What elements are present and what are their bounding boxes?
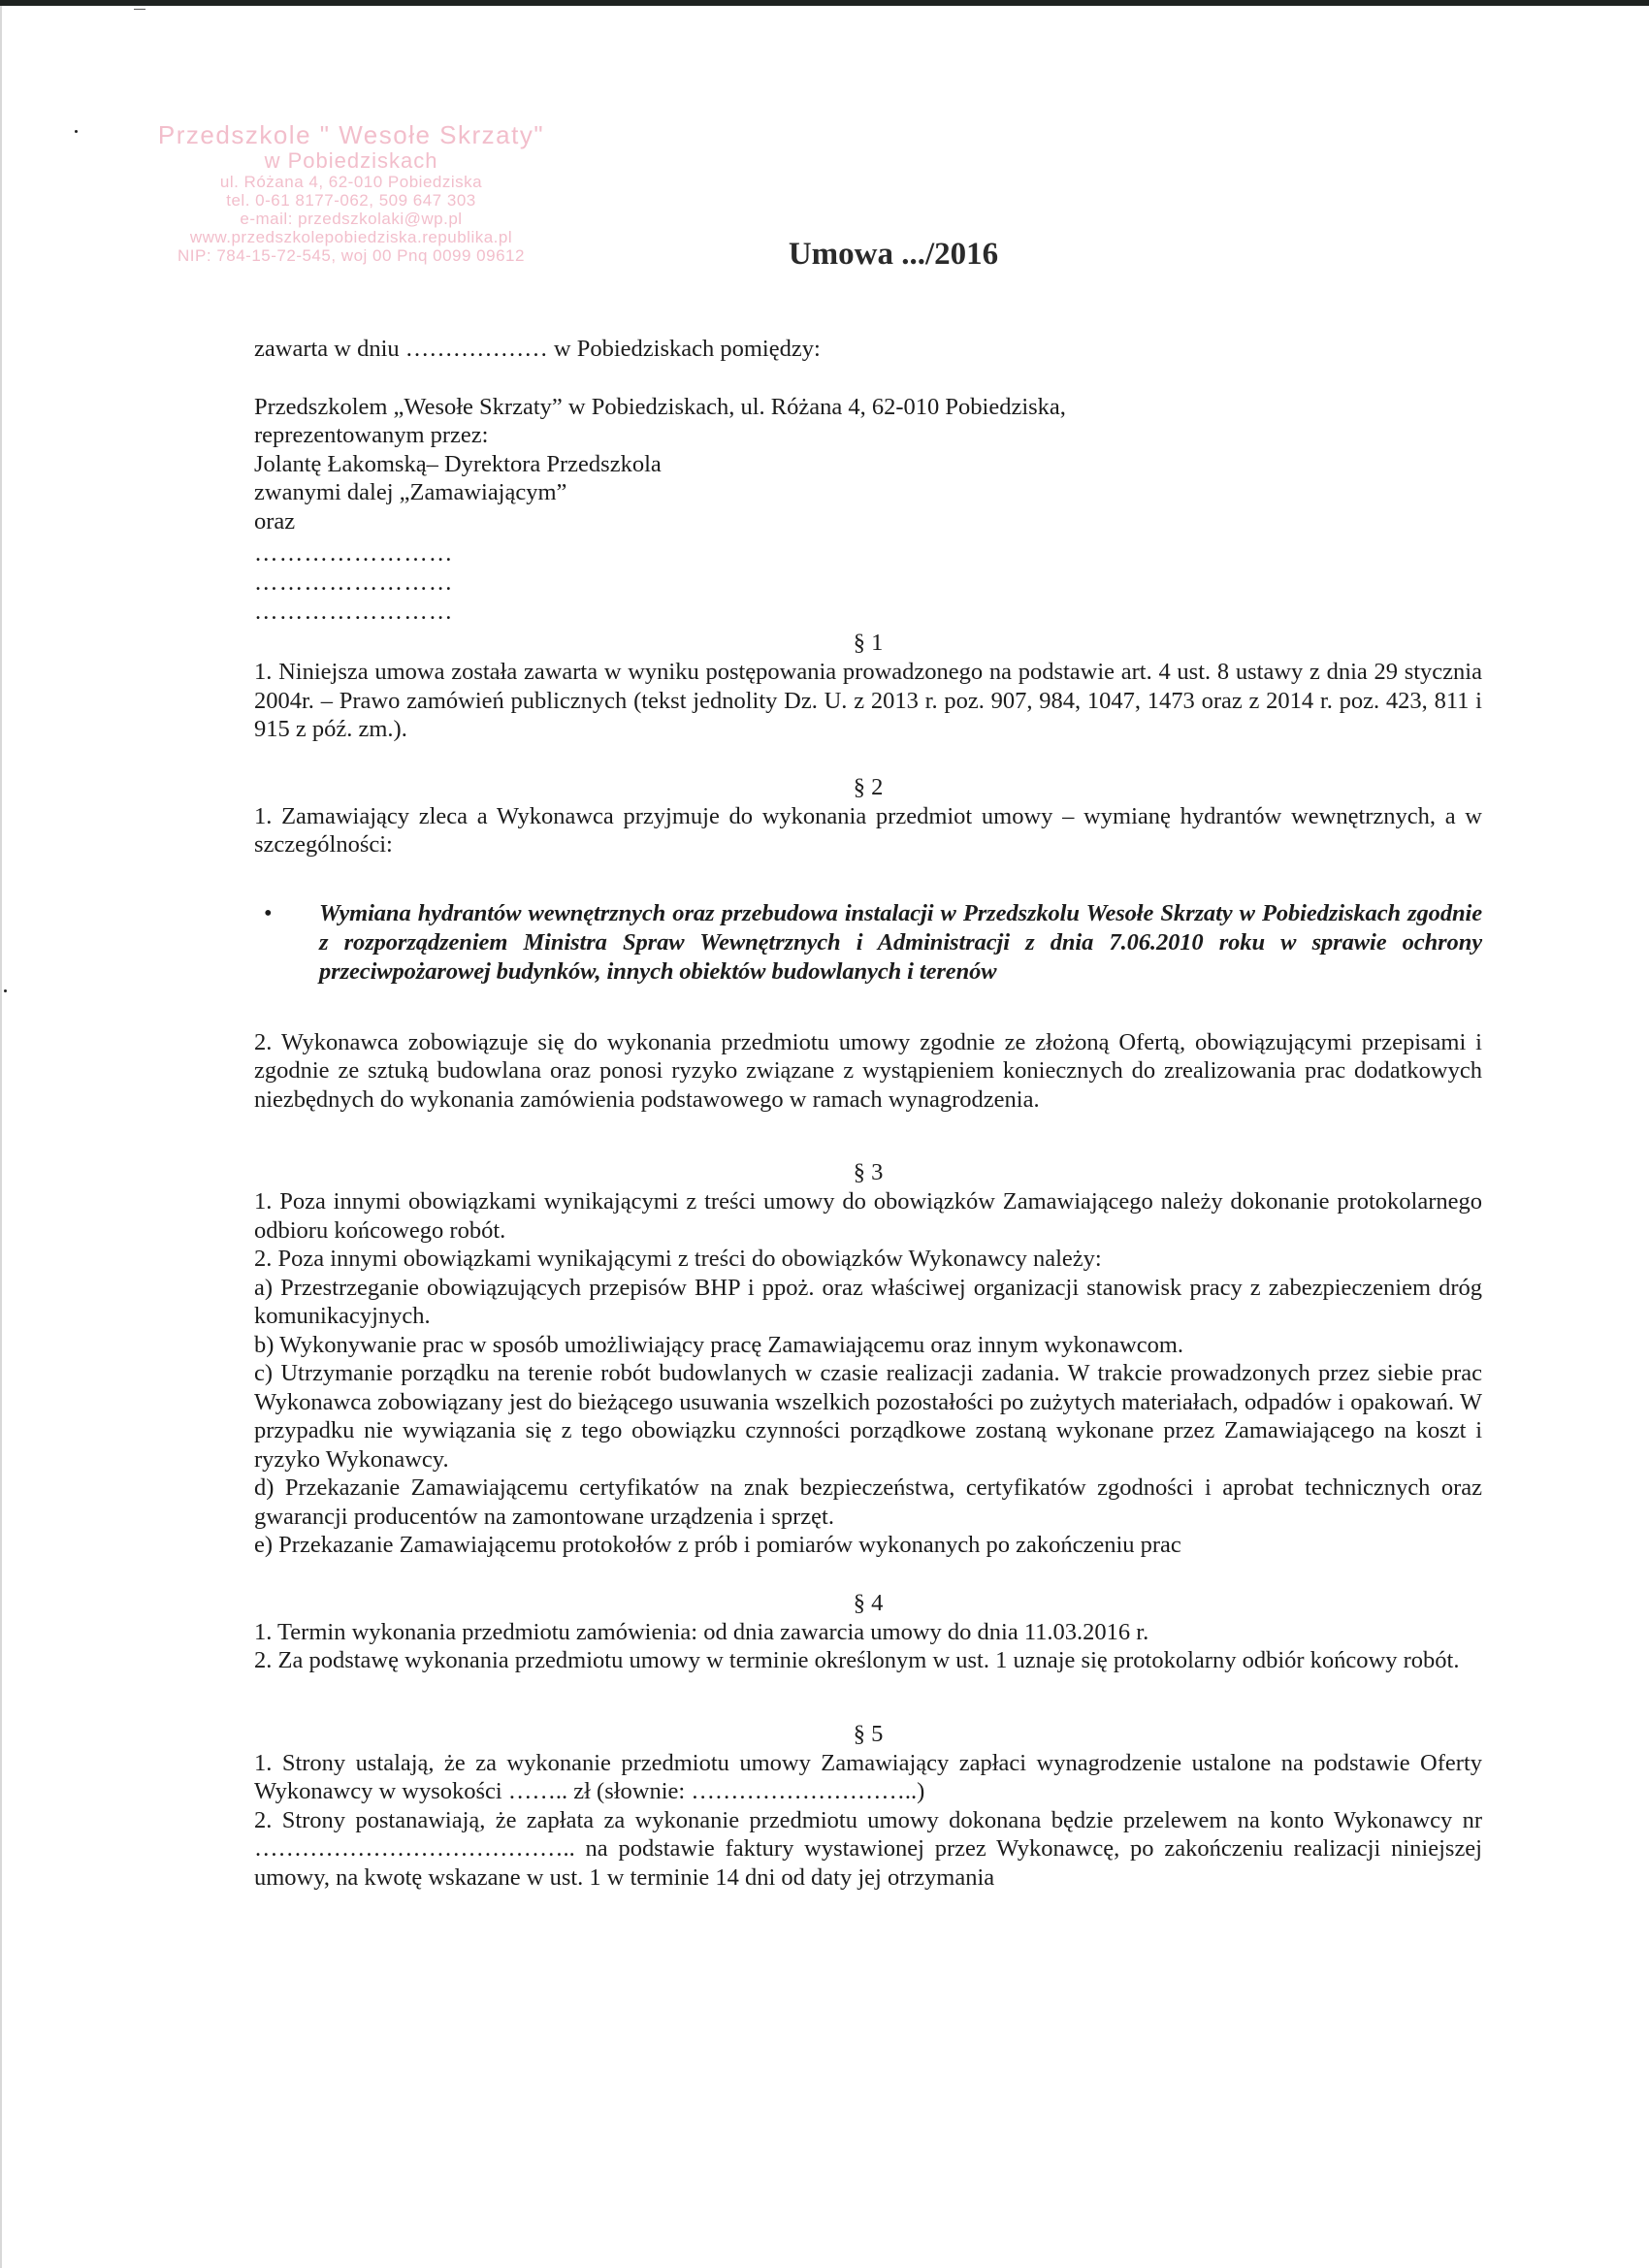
stamp-address: ul. Różana 4, 62-010 Pobiedziska xyxy=(138,173,565,191)
stamp-name: Przedszkole " Wesołe Skrzaty" xyxy=(138,120,565,149)
scan-speck xyxy=(4,989,7,992)
section-paragraph: 2. Poza innymi obowiązkami wynikającymi … xyxy=(254,1245,1482,1274)
section-paragraph: d) Przekazanie Zamawiającemu certyfikató… xyxy=(254,1474,1482,1531)
scan-edge-top xyxy=(0,0,1649,6)
section-paragraph: c) Utrzymanie porządku na terenie robót … xyxy=(254,1359,1482,1474)
section-paragraph: 1. Termin wykonania przedmiotu zamówieni… xyxy=(254,1618,1482,1647)
section-heading: § 5 xyxy=(254,1720,1482,1749)
section-paragraph: 2. Strony postanawiają, że zapłata za wy… xyxy=(254,1806,1482,1893)
document-title: Umowa .../2016 xyxy=(0,237,1649,273)
section-paragraph: 1. Niniejsza umowa została zawarta w wyn… xyxy=(254,658,1482,744)
section-paragraph: 2. Za podstawę wykonania przedmiotu umow… xyxy=(254,1646,1482,1675)
scan-edge-left xyxy=(0,6,2,2268)
section-paragraph: b) Wykonywanie prac w sposób umożliwiają… xyxy=(254,1331,1482,1360)
section-heading: § 4 xyxy=(254,1589,1482,1618)
scope-bullet: • Wymiana hydrantów wewnętrznych oraz pr… xyxy=(254,899,1482,987)
stamp-email: e-mail: przedszkolaki@wp.pl xyxy=(138,210,565,228)
section-4: § 4 1. Termin wykonania przedmiotu zamów… xyxy=(254,1589,1482,1675)
party-line: reprezentowanym przez: xyxy=(254,421,1482,450)
party-line: zwanymi dalej „Zamawiającym” xyxy=(254,478,1482,507)
intro-line: zawarta w dniu ……………… w Pobiedziskach po… xyxy=(254,335,1482,364)
party-wykonawca-placeholder: …………………… …………………… …………………… xyxy=(254,539,1482,627)
stamp-city: w Pobiedziskach xyxy=(138,149,565,173)
blank-line: …………………… xyxy=(254,539,1482,568)
blank-line: …………………… xyxy=(254,568,1482,598)
blank-line: …………………… xyxy=(254,598,1482,627)
section-2: § 2 1. Zamawiający zleca a Wykonawca prz… xyxy=(254,773,1482,1115)
section-heading: § 1 xyxy=(254,629,1482,658)
section-3: § 3 1. Poza innymi obowiązkami wynikając… xyxy=(254,1158,1482,1560)
party-zamawiajacy: Przedszkolem „Wesołe Skrzaty” w Pobiedzi… xyxy=(254,393,1482,536)
party-line: Przedszkolem „Wesołe Skrzaty” w Pobiedzi… xyxy=(254,393,1482,422)
stamp-phone: tel. 0-61 8177-062, 509 647 303 xyxy=(138,191,565,210)
section-heading: § 2 xyxy=(254,773,1482,802)
section-paragraph: 1. Strony ustalają, że za wykonanie prze… xyxy=(254,1749,1482,1806)
section-paragraph: 2. Wykonawca zobowiązuje się do wykonani… xyxy=(254,1028,1482,1115)
scan-speck xyxy=(75,130,78,133)
section-paragraph: a) Przestrzeganie obowiązujących przepis… xyxy=(254,1274,1482,1331)
party-line: oraz xyxy=(254,507,1482,536)
section-heading: § 3 xyxy=(254,1158,1482,1187)
section-paragraph: 1. Poza innymi obowiązkami wynikającymi … xyxy=(254,1187,1482,1245)
section-1: § 1 1. Niniejsza umowa została zawarta w… xyxy=(254,629,1482,744)
document-body: zawarta w dniu ……………… w Pobiedziskach po… xyxy=(254,335,1482,1892)
party-line: Jolantę Łakomską– Dyrektora Przedszkola xyxy=(254,450,1482,479)
scope-bullet-text: Wymiana hydrantów wewnętrznych oraz prze… xyxy=(319,900,1482,985)
section-5: § 5 1. Strony ustalają, że za wykonanie … xyxy=(254,1720,1482,1893)
section-paragraph: 1. Zamawiający zleca a Wykonawca przyjmu… xyxy=(254,802,1482,859)
bullet-icon: • xyxy=(264,899,272,928)
section-paragraph: e) Przekazanie Zamawiającemu protokołów … xyxy=(254,1531,1482,1560)
scan-mark xyxy=(134,9,145,10)
